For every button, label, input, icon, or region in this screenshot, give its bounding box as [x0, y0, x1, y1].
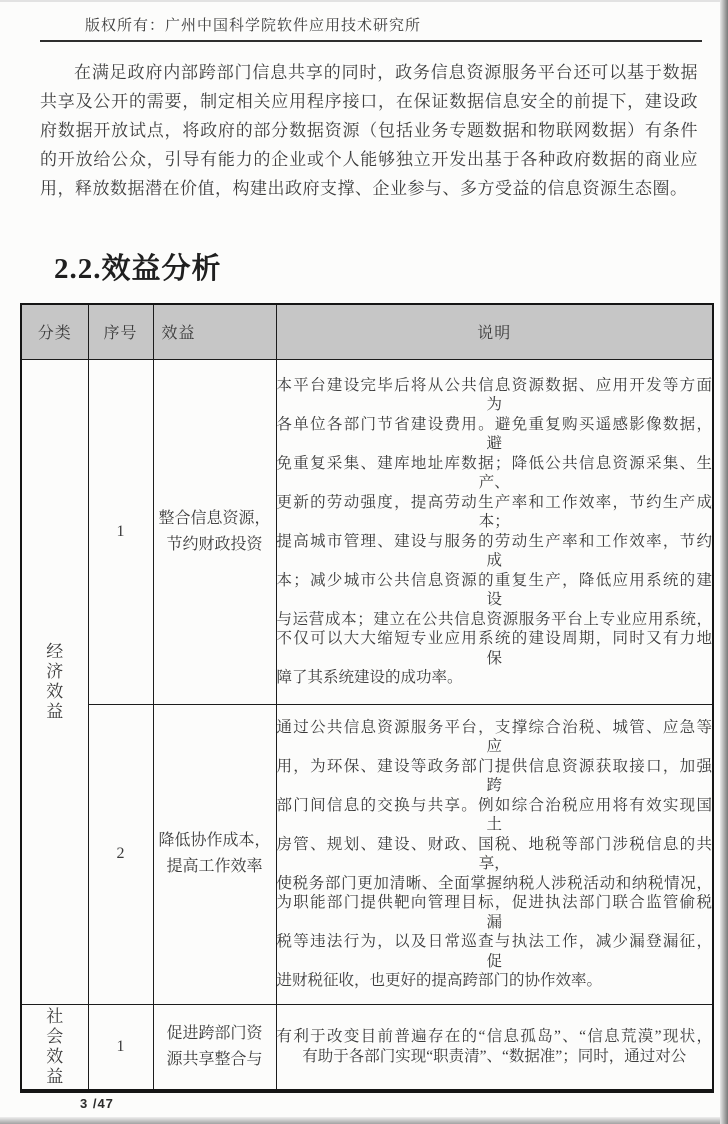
description-line: 用，为环保、建设等政务部门提供信息资源获取接口，加强: [277, 757, 713, 777]
index-cell: 1: [88, 1004, 153, 1091]
description-line: 享，: [277, 854, 713, 874]
benefit-line: 促进跨部门资: [154, 1021, 276, 1047]
category-cell: 社会效益: [21, 1004, 88, 1091]
description-line: 不仅可以大大缩短专业应用系统的建设周期，同时又有力地: [277, 629, 713, 649]
table-row: 社会效益1促进跨部门资源共享整合与有利于改变目前普遍存在的“信息孤岛”、“信息荒…: [21, 1004, 713, 1091]
category-text: 社会效益: [45, 1007, 64, 1087]
page-number: 3 /47: [80, 1096, 114, 1111]
table-header-row: 分类序号效益说明: [21, 304, 713, 359]
description-line: 土: [277, 815, 713, 835]
description-line: 成: [277, 551, 713, 571]
description-line: 本；减少城市公共信息资源的重复生产，降低应用系统的建: [277, 571, 713, 591]
description-line: 免重复采集、建库地址库数据；降低公共信息资源采集、生: [277, 454, 713, 474]
copyright-text: 版权所有：广州中国科学院软件应用技术研究所: [40, 18, 421, 34]
table-row: 经济效益1整合信息资源，节约财政投资本平台建设完毕后将从公共信息资源数据、应用开…: [21, 359, 713, 704]
column-header: 说明: [276, 304, 713, 359]
description-line: 通过公共信息资源服务平台，支撑综合治税、城管、应急等: [277, 718, 713, 738]
description-line: 障了其系统建设的成功率。: [277, 668, 713, 688]
column-header: 序号: [88, 304, 153, 359]
benefit-cell: 促进跨部门资源共享整合与: [153, 1004, 276, 1091]
description-line: 进财税征收，也更好的提高跨部门的协作效率。: [277, 971, 713, 991]
column-header: 分类: [21, 304, 88, 359]
benefit-line: 源共享整合与: [154, 1047, 276, 1073]
page-header: 版权所有：广州中国科学院软件应用技术研究所: [40, 14, 702, 42]
description-cell: 有利于改变目前普遍存在的“信息孤岛”、“信息荒漠”现状，有助于各部门实现“职责清…: [276, 1004, 713, 1091]
description-line: 避: [277, 434, 713, 454]
description-line: 各单位各部门节省建设费用。避免重复购买遥感影像数据，: [277, 415, 713, 435]
description-line: 房管、规划、建设、财政、国税、地税等部门涉税信息的共: [277, 835, 713, 855]
description-line: 设: [277, 590, 713, 610]
description-line: 有利于改变目前普遍存在的“信息孤岛”、“信息荒漠”现状，: [277, 1027, 713, 1047]
description-line: 使税务部门更加清晰、全面掌握纳税人涉税活动和纳税情况，: [277, 874, 713, 894]
description-line: 漏: [277, 913, 713, 933]
description-line: 促: [277, 952, 713, 972]
description-line: 应: [277, 737, 713, 757]
description-line: 本平台建设完毕后将从公共信息资源数据、应用开发等方面: [277, 376, 713, 396]
description-line: 保: [277, 649, 713, 669]
intro-paragraph: 在满足政府内部跨部门信息共享的同时，政务信息资源服务平台还可以基于数据共享及公开…: [40, 58, 698, 203]
page-footer: 3 /47: [80, 1096, 114, 1111]
category-cell: 经济效益: [21, 359, 88, 1004]
description-line: 为: [277, 395, 713, 415]
index-cell: 1: [88, 359, 153, 704]
benefit-line: 节约财政投资: [154, 532, 276, 558]
description-line: 提高城市管理、建设与服务的劳动生产率和工作效率，节约: [277, 532, 713, 552]
scan-edge-right-artifact: [720, 0, 728, 1124]
category-text: 经济效益: [45, 642, 64, 722]
description-line: 本；: [277, 512, 713, 532]
benefit-line: 整合信息资源，: [154, 506, 276, 532]
benefit-cell: 降低协作成本，提高工作效率: [153, 704, 276, 1004]
description-line: 与运营成本；建立在公共信息资源服务平台上专业应用系统，: [277, 610, 713, 630]
index-cell: 2: [88, 704, 153, 1004]
description-line: 为职能部门提供靶向管理目标，促进执法部门联合监管偷税: [277, 893, 713, 913]
description-cell: 本平台建设完毕后将从公共信息资源数据、应用开发等方面为各单位各部门节省建设费用。…: [276, 359, 713, 704]
benefit-line: 提高工作效率: [154, 854, 276, 880]
benefit-cell: 整合信息资源，节约财政投资: [153, 359, 276, 704]
section-heading: 2.2.效益分析: [54, 246, 222, 287]
scan-edge-top-artifact: [0, 0, 728, 2]
description-line: 更新的劳动强度，提高劳动生产率和工作效率，节约生产成: [277, 493, 713, 513]
description-line: 跨: [277, 776, 713, 796]
table-row: 2降低协作成本，提高工作效率通过公共信息资源服务平台，支撑综合治税、城管、应急等…: [21, 704, 713, 1004]
scan-edge-bottom-artifact: [0, 1117, 728, 1124]
description-line: 税等违法行为，以及日常巡查与执法工作，减少漏登漏征，: [277, 932, 713, 952]
description-line: 部门间信息的交换与共享。例如综合治税应用将有效实现国: [277, 796, 713, 816]
description-line: 有助于各部门实现“职责清”、“数据准”；同时，通过对公: [277, 1047, 713, 1067]
benefit-line: 降低协作成本，: [154, 828, 276, 854]
description-line: 产、: [277, 473, 713, 493]
benefits-table: 分类序号效益说明 经济效益1整合信息资源，节约财政投资本平台建设完毕后将从公共信…: [20, 303, 714, 1093]
description-cell: 通过公共信息资源服务平台，支撑综合治税、城管、应急等应用，为环保、建设等政务部门…: [276, 704, 713, 1004]
column-header: 效益: [153, 304, 276, 359]
